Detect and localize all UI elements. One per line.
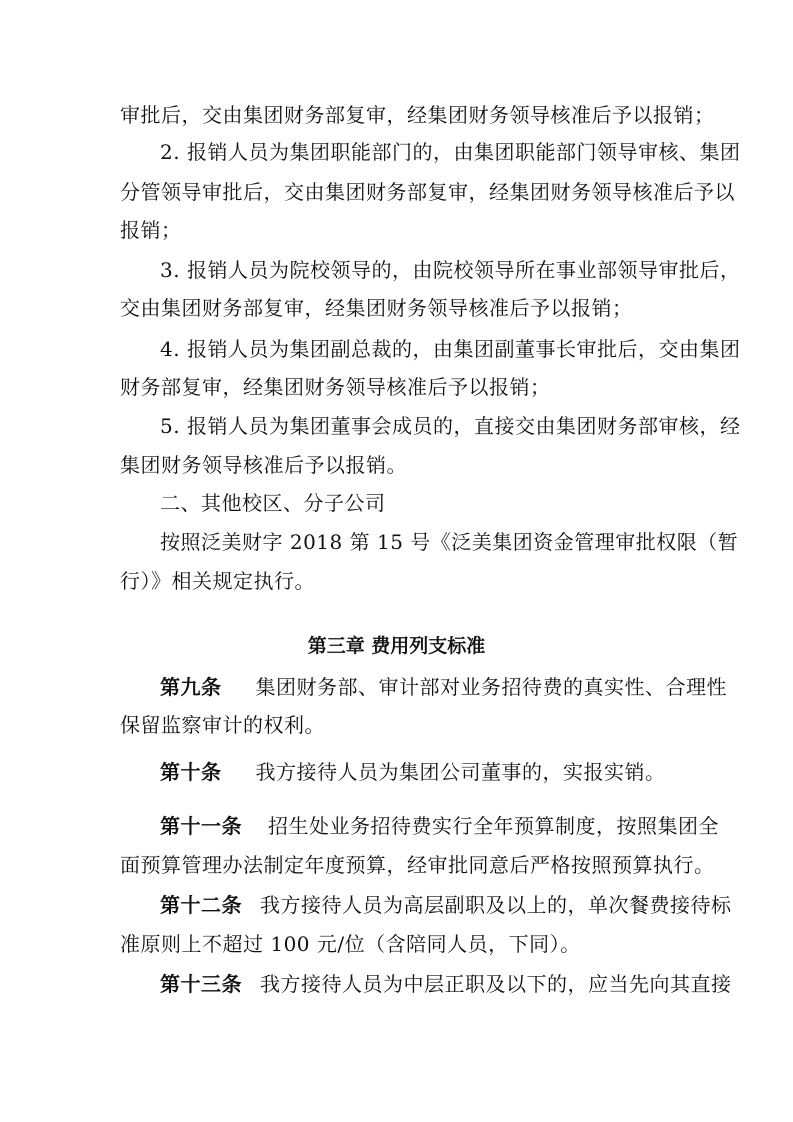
article-label: 第九条 [160,675,222,699]
paragraph-line: 分管领导审批后，交由集团财务部复审，经集团财务领导核准后予以 [120,180,735,204]
paragraph-line: 行）》相关规定执行。 [120,569,315,593]
list-item-2: 2. 报销人员为集团职能部门的，由集团职能部门领导审核、集团 [160,140,740,164]
paragraph-line: 报销； [120,218,182,242]
paragraph-line: 交由集团财务部复审，经集团财务领导核准后予以报销； [120,296,633,320]
paragraph-line: 审批后，交由集团财务部复审，经集团财务领导核准后予以报销； [120,103,715,127]
article-11: 第十一条招生处业务招待费实行全年预算制度，按照集团全 [160,814,719,838]
paragraph-line: 财务部复审，经集团财务领导核准后予以报销； [120,375,551,399]
paragraph-line: 按照泛美财字 2018 第 15 号《泛美集团资金管理审批权限（暂 [160,530,738,554]
article-13: 第十三条我方接待人员为中层正职及以下的，应当先向其直接 [160,972,732,996]
section-heading: 二、其他校区、分子公司 [160,491,386,515]
paragraph-line: 准原则上不超过 100 元/位（含陪同人员，下同）。 [120,932,581,956]
article-text: 我方接待人员为集团公司董事的，实报实销。 [256,760,666,784]
list-item-4: 4. 报销人员为集团副总裁的，由集团副董事长审批后，交由集团 [160,337,740,361]
article-12: 第十二条我方接待人员为高层副职及以上的，单次餐费接待标 [160,893,732,917]
paragraph-line: 面预算管理办法制定年度预算，经审批同意后严格按照预算执行。 [120,853,715,877]
list-item-5: 5. 报销人员为集团董事会成员的，直接交由集团财务部审核，经 [160,414,740,438]
article-text: 集团财务部、审计部对业务招待费的真实性、合理性 [256,675,728,699]
article-text: 我方接待人员为高层副职及以上的，单次餐费接待标 [260,893,732,917]
article-text: 招生处业务招待费实行全年预算制度，按照集团全 [268,814,719,838]
article-text: 我方接待人员为中层正职及以下的，应当先向其直接 [260,972,732,996]
article-9: 第九条集团财务部、审计部对业务招待费的真实性、合理性 [160,675,727,699]
article-label: 第十一条 [160,814,242,838]
chapter-heading: 第三章 费用列支标准 [0,634,793,658]
article-label: 第十三条 [160,972,242,996]
paragraph-line: 保留监察审计的权利。 [120,713,325,737]
article-10: 第十条我方接待人员为集团公司董事的，实报实销。 [160,760,666,784]
list-item-3: 3. 报销人员为院校领导的，由院校领导所在事业部领导审批后， [160,258,740,282]
article-label: 第十条 [160,760,222,784]
article-label: 第十二条 [160,893,242,917]
paragraph-line: 集团财务领导核准后予以报销。 [120,453,407,477]
